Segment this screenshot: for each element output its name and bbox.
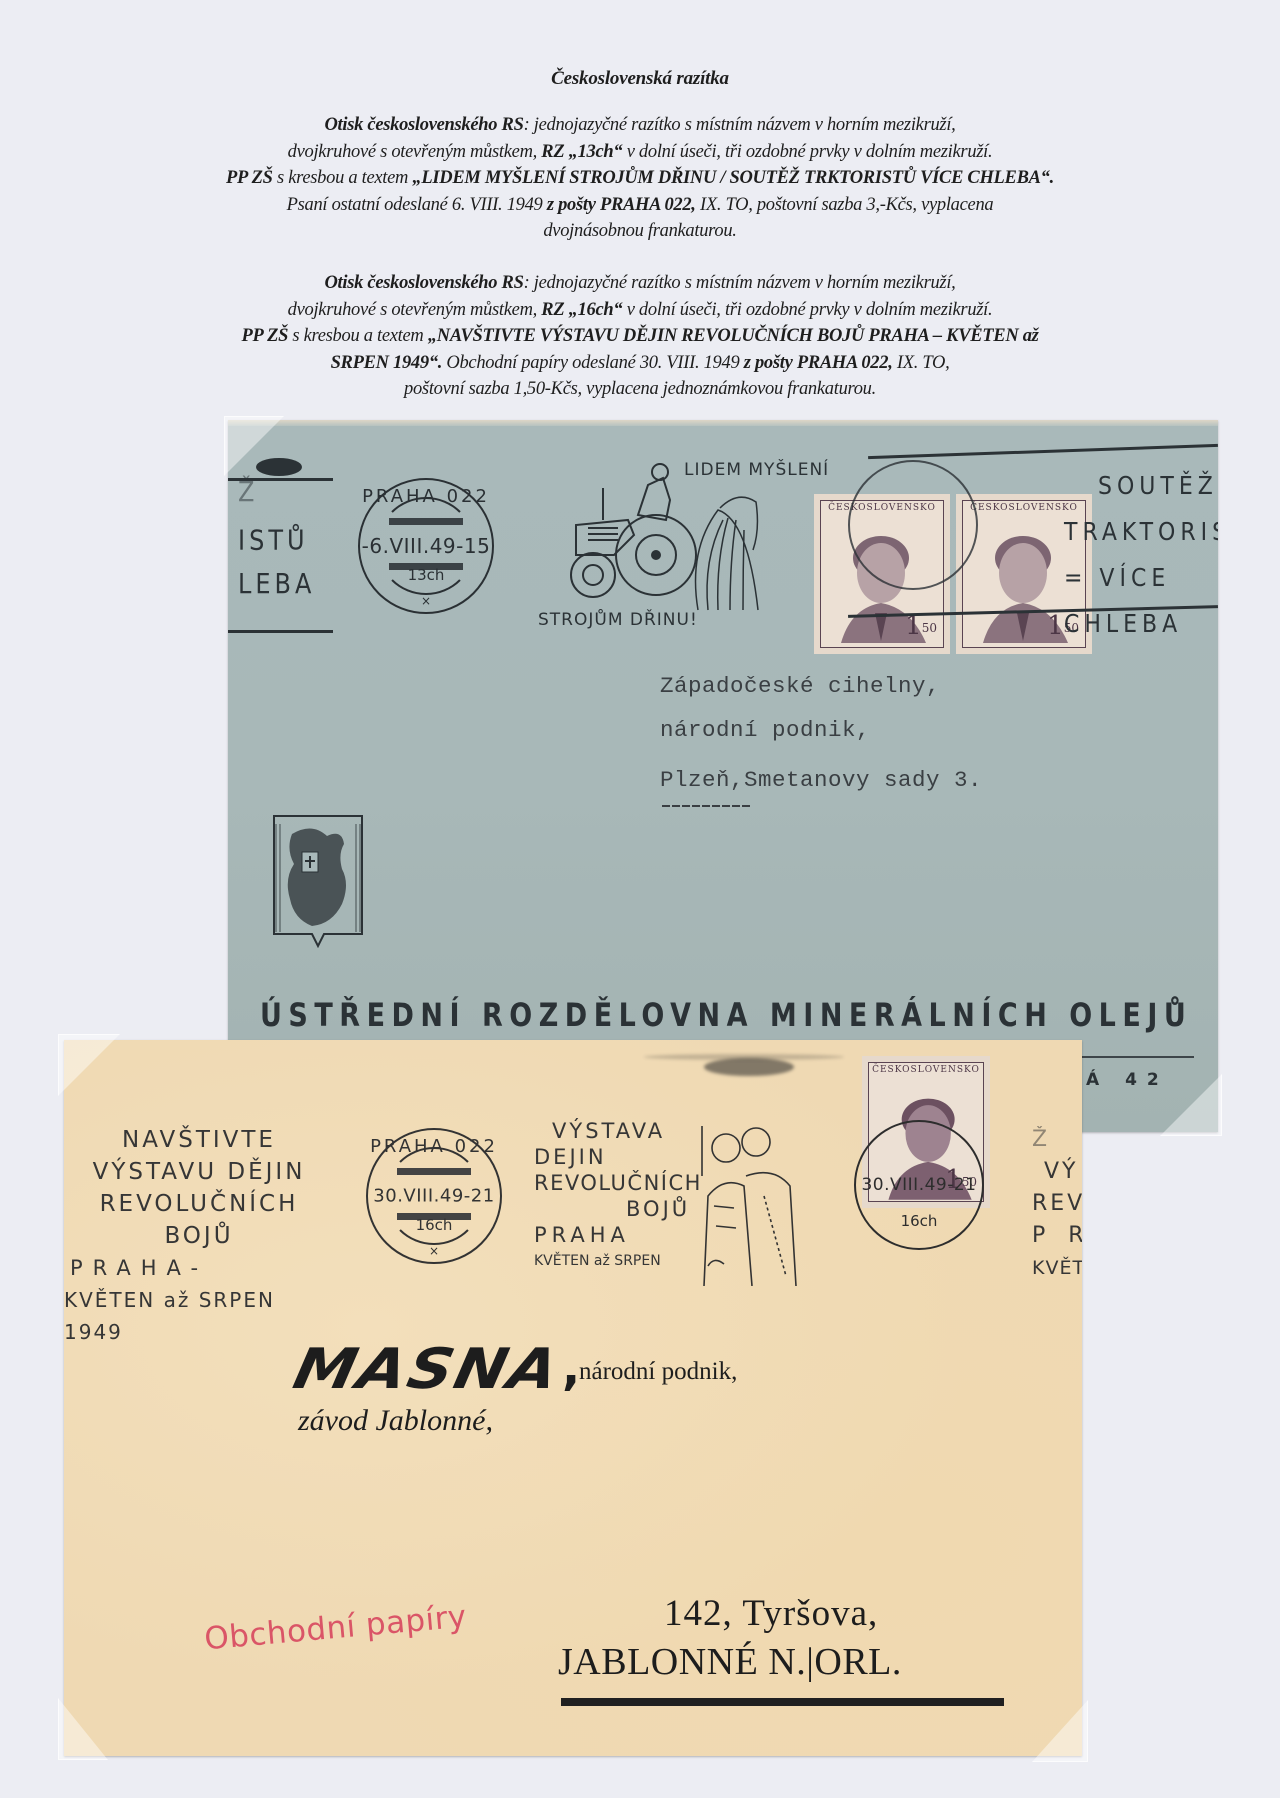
pictorial-text: VÝSTAVA DEJIN REVOLUČNÍCH BOJŮ PRAHA KVĚ… bbox=[534, 1118, 684, 1274]
desc1-l1-bold: Otisk československého RS bbox=[325, 115, 524, 135]
postmark-bar bbox=[389, 518, 463, 525]
desc2-l2-pre: dvojkruhové s otevřeným můstkem, bbox=[288, 300, 542, 320]
postmark-town: PRAHA 022 bbox=[360, 486, 492, 507]
pictorial-line: BOJŮ bbox=[534, 1196, 684, 1222]
postmark-rz: 13ch bbox=[360, 566, 492, 584]
address-line: národní podnik, bbox=[660, 708, 982, 752]
slogan-left-line: Ž bbox=[238, 474, 315, 511]
coat-of-arms-icon bbox=[272, 814, 364, 948]
pictorial-line: VÝSTAVA bbox=[534, 1118, 684, 1144]
desc2-l2-post: v dolní úseči, tři ozdobné prvky v dolní… bbox=[622, 300, 992, 320]
slogan-line: VÝSTAVU DĚJIN bbox=[64, 1156, 334, 1188]
return-address-line2: JABLONNÉ N.|ORL. bbox=[558, 1640, 902, 1684]
desc1-l3-mid: s kresbou a textem bbox=[273, 168, 413, 188]
desc1-l5: dvojnásobnou frankaturou. bbox=[60, 218, 1220, 245]
postmark-town: PRAHA 022 bbox=[368, 1136, 500, 1157]
sender-organization: ÚSTŘEDNÍ ROZDĚLOVNA MINERÁLNÍCH OLEJŮ bbox=[260, 997, 1192, 1034]
pictorial-line: KVĚTEN až SRPEN bbox=[534, 1248, 684, 1274]
sender-line2: závod Jablonné, bbox=[298, 1404, 493, 1438]
slogan-right-line: SOUTĚŽ bbox=[1098, 464, 1218, 510]
pictorial-line: PRAHA bbox=[534, 1222, 684, 1248]
stamp-country: ČESKOSLOVENSKO bbox=[869, 1065, 983, 1075]
address-underline bbox=[662, 805, 752, 807]
desc1-l3-bold2: „LIDEM MYŠLENÍ STROJŮM DŘINU / SOUTĚŽ TR… bbox=[412, 168, 1054, 188]
tractor-illustration-icon bbox=[548, 460, 768, 630]
desc2-l5: poštovní sazba 1,50-Kčs, vyplacena jedno… bbox=[60, 376, 1220, 403]
desc1-l4-post: IX. TO, poštovní sazba 3,-Kčs, vyplacena bbox=[696, 195, 994, 215]
slogan-bar-bottom bbox=[228, 630, 333, 633]
slogan-line: PRAHA- bbox=[64, 1252, 334, 1284]
desc2-l1-rest: : jednojazyčné razítko s místním názvem … bbox=[524, 273, 956, 293]
return-address-rule bbox=[561, 1698, 1004, 1706]
postmark-date: 30.VIII.49-21 bbox=[368, 1186, 500, 1207]
postmark-on-stamp: 30.VIII.49-21 16ch bbox=[854, 1120, 984, 1250]
slogan-line: KVĚTEN až SRPEN 1949 bbox=[64, 1284, 334, 1348]
envelope-top: Ž ISTŮ LEBA PRAHA 022 -6.VIII.49-15 13ch… bbox=[228, 420, 1218, 1132]
slogan-left-line: ISTŮ bbox=[238, 522, 315, 559]
postmark-rz: 16ch bbox=[368, 1216, 500, 1234]
slogan-line: NAVŠTIVTE bbox=[64, 1124, 334, 1156]
desc2-l3-mid: s kresbou a textem bbox=[288, 326, 428, 346]
desc2-l4-post: IX. TO, bbox=[893, 353, 950, 373]
postmark-praha-022: PRAHA 022 -6.VIII.49-15 13ch × bbox=[358, 478, 494, 614]
stamp-value-main: 1 bbox=[1047, 611, 1064, 641]
desc1-l2-pre: dvojkruhové s otevřeným můstkem, bbox=[288, 142, 542, 162]
slogan-line: REV bbox=[1032, 1188, 1082, 1220]
envelope-bottom: NAVŠTIVTE VÝSTAVU DĚJIN REVOLUČNÍCH BOJŮ… bbox=[64, 1040, 1082, 1756]
desc1-l4-pre: Psaní ostatní odeslané 6. VIII. 1949 bbox=[287, 195, 547, 215]
description-cover-2: Otisk československého RS: jednojazyčné … bbox=[60, 270, 1220, 403]
red-handstamp-business-papers: Obchodní papíry bbox=[203, 1599, 468, 1658]
page-title: Československá razítka bbox=[0, 68, 1280, 90]
slogan-line: Ž bbox=[1032, 1124, 1082, 1156]
postmark-cross: × bbox=[360, 594, 492, 608]
sender-rest: národní podnik, bbox=[579, 1358, 737, 1386]
sender-logo-comma: , bbox=[562, 1340, 580, 1396]
address-line: Plzeň,Smetanovy sady 3. bbox=[660, 758, 982, 802]
desc1-l2-bold: RZ „13ch“ bbox=[541, 142, 622, 162]
stamp-value: 150 bbox=[905, 613, 937, 639]
desc1-l3-bold1: PP ZŠ bbox=[226, 168, 273, 188]
desc2-l3-bold1: PP ZŠ bbox=[241, 326, 288, 346]
slogan-bar-top bbox=[868, 444, 1218, 459]
address-line: Západočeské cihelny, bbox=[660, 664, 982, 708]
pictorial-line: DEJIN bbox=[534, 1144, 684, 1170]
postmark-bar bbox=[397, 1168, 471, 1175]
postmark-rz: 16ch bbox=[856, 1212, 982, 1230]
ink-smudge bbox=[644, 1054, 844, 1060]
sender-logo-masna: MASNA bbox=[288, 1336, 566, 1402]
description-cover-1: Otisk československého RS: jednojazyčné … bbox=[60, 112, 1220, 245]
desc2-l4-mid: Obchodní papíry odeslané 30. VIII. 1949 bbox=[442, 353, 744, 373]
return-address-line1: 142, Tyršova, bbox=[664, 1592, 878, 1635]
desc2-l2-bold: RZ „16ch“ bbox=[541, 300, 622, 320]
torn-edge bbox=[228, 420, 1218, 426]
sender-address-fragment: Á 42 bbox=[1086, 1070, 1169, 1090]
desc2-l4-bold2: z pošty PRAHA 022, bbox=[744, 353, 893, 373]
slogan-line: P R bbox=[1032, 1220, 1082, 1252]
slogan-right-line: = VÍCE CHLEBA bbox=[1064, 556, 1218, 648]
slogan-left: NAVŠTIVTE VÝSTAVU DĚJIN REVOLUČNÍCH BOJŮ… bbox=[64, 1124, 334, 1348]
postmark-on-stamps bbox=[848, 460, 978, 590]
slogan-line: REVOLUČNÍCH BOJŮ bbox=[64, 1188, 334, 1252]
ink-smudge bbox=[704, 1058, 794, 1076]
slogan-line: KVĚT bbox=[1032, 1252, 1082, 1284]
slogan-left-line: LEBA bbox=[238, 566, 315, 603]
slogan-line: VÝ bbox=[1032, 1156, 1082, 1188]
desc2-l1-bold: Otisk československého RS bbox=[325, 273, 524, 293]
slogan-right-fragment: Ž VÝ REV P R KVĚT bbox=[1032, 1124, 1082, 1284]
desc2-l4-bold1: SRPEN 1949“. bbox=[331, 353, 443, 373]
postmark-praha-022: PRAHA 022 30.VIII.49-21 16ch × bbox=[366, 1128, 502, 1264]
postmark-date: -6.VIII.49-15 bbox=[360, 534, 492, 558]
recipient-address: Západočeské cihelny, národní podnik, Plz… bbox=[660, 664, 982, 802]
desc1-l2-post: v dolní úseči, tři ozdobné prvky v dolní… bbox=[622, 142, 992, 162]
postmark-cross: × bbox=[368, 1244, 500, 1258]
postmark-date: 30.VIII.49-21 bbox=[856, 1175, 982, 1195]
desc2-l3-bold2: „NAVŠTIVTE VÝSTAVU DĚJIN REVOLUČNÍCH BOJ… bbox=[428, 326, 1039, 346]
pictorial-bottom-text: STROJŮM DŘINU! bbox=[538, 610, 698, 630]
desc1-l1-rest: : jednojazyčné razítko s místním názvem … bbox=[524, 115, 956, 135]
pictorial-line: REVOLUČNÍCH bbox=[534, 1170, 684, 1196]
stamp-value-sup: 50 bbox=[922, 621, 937, 635]
slogan-right: SOUTĚŽ TRAKTORISTŮ = VÍCE CHLEBA bbox=[1098, 464, 1218, 648]
slogan-left-fragment: Ž ISTŮ LEBA bbox=[238, 474, 315, 603]
slogan-right-line: TRAKTORISTŮ bbox=[1064, 510, 1218, 556]
soldiers-illustration-icon bbox=[694, 1126, 804, 1286]
desc1-l4-bold: z pošty PRAHA 022, bbox=[547, 195, 696, 215]
